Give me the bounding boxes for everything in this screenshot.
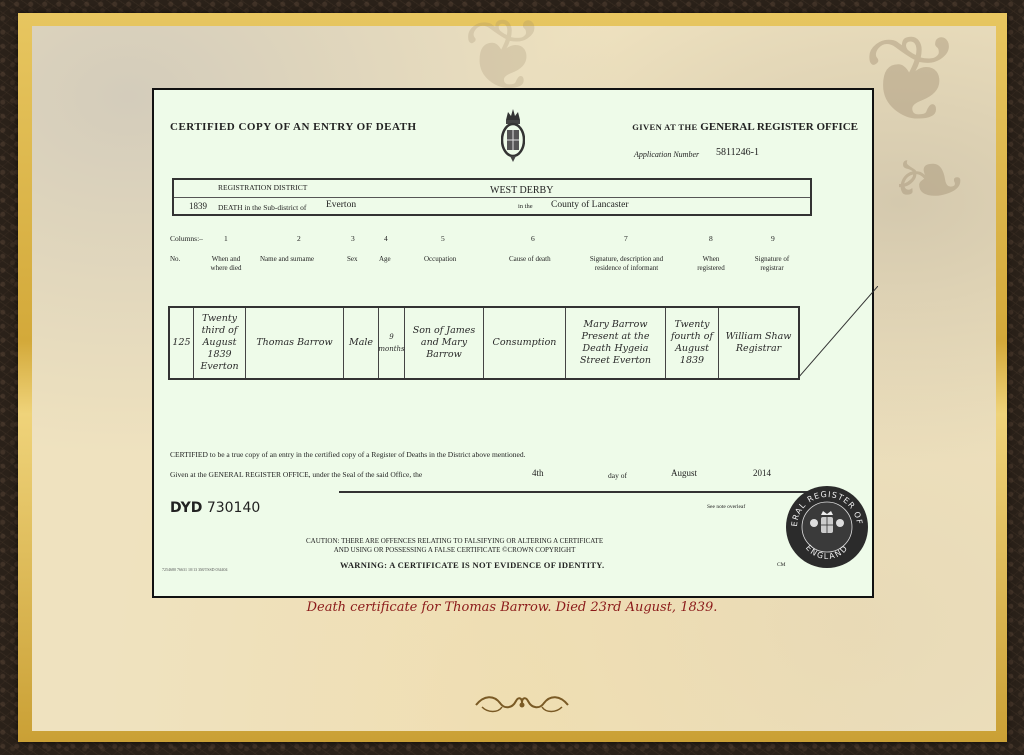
- application-number-label: Application Number: [634, 150, 699, 159]
- entry-no: 125: [170, 308, 194, 378]
- death-entry-row: 125 Twenty third of August 1839 Everton …: [168, 306, 800, 380]
- given-statement: Given at the GENERAL REGISTER OFFICE, un…: [170, 470, 422, 479]
- column-number: 4: [384, 234, 388, 243]
- signature-rule: [339, 491, 809, 493]
- death-certificate: CERTIFIED COPY OF AN ENTRY OF DEATH GIVE…: [152, 88, 874, 598]
- column-number: 8: [709, 234, 713, 243]
- column-number: 7: [624, 234, 628, 243]
- issue-month: August: [671, 468, 697, 478]
- entry-informant: Mary Barrow Present at the Death Hygeia …: [566, 308, 666, 378]
- diagonal-cancel-line: [798, 286, 878, 378]
- general-register-office-heading: GIVEN AT THE GENERAL REGISTER OFFICE: [632, 121, 858, 133]
- columns-label: Columns:–: [170, 234, 203, 243]
- flourish-ornament-icon: [472, 693, 572, 715]
- scroll-ornament-icon: ❧: [892, 136, 967, 226]
- in-the-label: in the: [518, 203, 533, 210]
- registration-district-box: REGISTRATION DISTRICT WEST DERBY 1839 DE…: [172, 178, 812, 216]
- column-number: 6: [531, 234, 535, 243]
- column-number: 1: [224, 234, 228, 243]
- certified-statement: CERTIFIED to be a true copy of an entry …: [170, 450, 526, 459]
- column-number: 9: [771, 234, 775, 243]
- column-number: 3: [351, 234, 355, 243]
- floral-ornament-icon: ❦: [862, 21, 963, 141]
- royal-crest-icon: [501, 106, 525, 164]
- column-header-informant: Signature, description and residence of …: [579, 255, 674, 273]
- entry-name: Thomas Barrow: [246, 308, 344, 378]
- column-header-registrar: Signature of registrar: [747, 255, 797, 273]
- column-header-name: Name and surname: [260, 255, 314, 264]
- application-number: 5811246-1: [716, 147, 759, 158]
- issue-year: 2014: [753, 468, 771, 478]
- subdistrict-label: DEATH in the Sub-district of: [218, 203, 306, 212]
- county-value: County of Lancaster: [551, 200, 629, 210]
- registration-district-value: WEST DERBY: [490, 185, 553, 196]
- entry-when-where: Twenty third of August 1839 Everton: [194, 308, 246, 378]
- general-register-office-seal-icon: GENERAL REGISTER OFFICE ENGLAND: [785, 485, 869, 569]
- registration-year: 1839: [189, 201, 207, 211]
- issue-day: 4th: [532, 468, 544, 478]
- print-code: 7254680 76631 10/13 3M/TSSD 034404: [162, 567, 228, 572]
- caution-notice: CAUTION: THERE ARE OFFENCES RELATING TO …: [306, 537, 603, 555]
- see-note-overleaf: See note overleaf: [707, 504, 745, 510]
- entry-occupation: Son of James and Mary Barrow: [405, 308, 484, 378]
- entry-cause: Consumption: [484, 308, 566, 378]
- column-header-occupation: Occupation: [424, 255, 456, 264]
- column-header-cause: Cause of death: [509, 255, 551, 264]
- column-header-when-registered: When registered: [691, 255, 731, 273]
- subdistrict-value: Everton: [326, 200, 356, 210]
- column-number: 2: [297, 234, 301, 243]
- certificate-caption: Death certificate for Thomas Barrow. Die…: [0, 600, 1024, 615]
- column-header-sex: Sex: [347, 255, 358, 264]
- registration-district-label: REGISTRATION DISTRICT: [218, 183, 307, 192]
- column-number: 5: [441, 234, 445, 243]
- entry-age: 9 months: [379, 308, 405, 378]
- entry-when-registered: Twenty fourth of August 1839: [666, 308, 719, 378]
- entry-registrar: William Shaw Registrar: [719, 308, 798, 378]
- entry-sex: Male: [344, 308, 379, 378]
- column-header-no: No.: [170, 255, 180, 264]
- column-header-age: Age: [379, 255, 391, 264]
- serial-number: DYD 730140: [170, 500, 260, 516]
- certificate-title: CERTIFIED COPY OF AN ENTRY OF DEATH: [170, 121, 417, 133]
- day-of-label: day of: [608, 471, 627, 480]
- warning-notice: WARNING: A CERTIFICATE IS NOT EVIDENCE O…: [340, 560, 604, 570]
- column-header-when-where: When and where died: [206, 255, 246, 273]
